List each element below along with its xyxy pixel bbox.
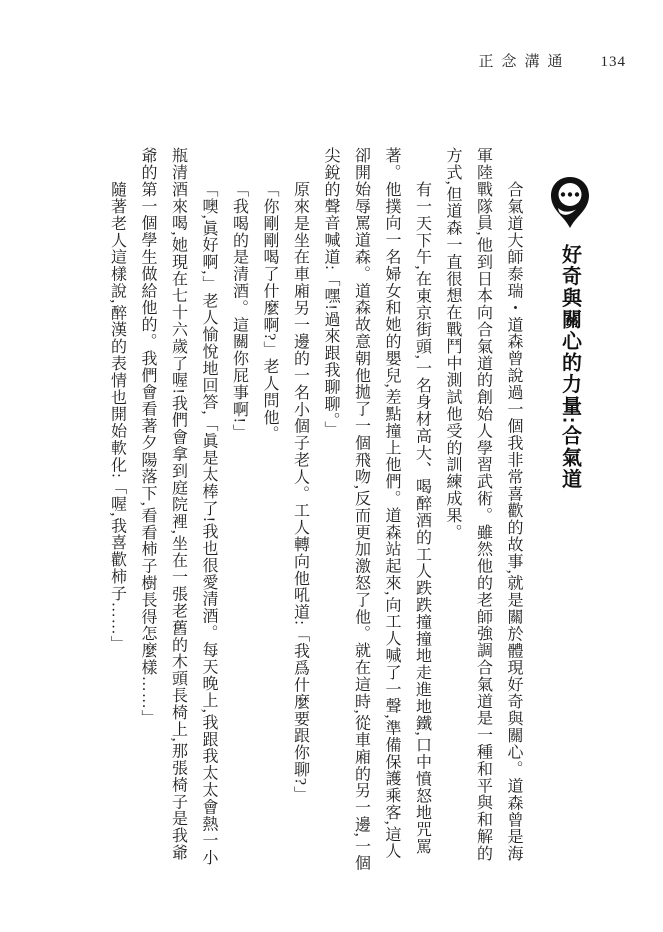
paragraph: 「噢,眞好啊,」老人愉悅地回答,「眞是太棒了!我也很愛清酒。每天晚上,我跟我太太… [132,147,224,874]
body-text: 合氣道大師泰瑞・道森曾說過一個我非常喜歡的故事,就是關於體現好奇與關心。道森曾是… [101,147,528,874]
paragraph: 有一天下午,在東京街頭,一名身材高大、喝醉酒的工人跌跌撞撞地走進地鐵,口中憤怒地… [315,147,437,874]
speech-bubble-pin-icon [548,176,592,238]
paragraph: 隨著老人這樣說,醉漢的表情也開始軟化:「喔,我喜歡柿子……」 [101,147,132,874]
paragraph: 「我喝的是清酒。這關你屁事啊!」 [223,147,254,874]
section-title: 好奇與關心的力量:合氣道 [556,244,585,490]
book-page: 正念溝通 134 好奇與關心的力量:合氣道 合氣道大師泰瑞・道森曾說過一個我非常… [0,0,663,932]
page-number: 134 [601,54,627,71]
section-heading: 好奇與關心的力量:合氣道 [546,176,594,490]
paragraph: 合氣道大師泰瑞・道森曾說過一個我非常喜歡的故事,就是關於體現好奇與關心。道森曾是… [437,147,529,874]
running-head: 正念溝通 134 [478,50,626,71]
paragraph: 「你剛剛喝了什麼啊?」老人問他。 [254,147,285,874]
book-title: 正念溝通 [478,50,570,71]
paragraph: 原來是坐在車廂另一邊的一名小個子老人。工人轉向他吼道:「我爲什麼要跟你聊?」 [284,147,315,874]
